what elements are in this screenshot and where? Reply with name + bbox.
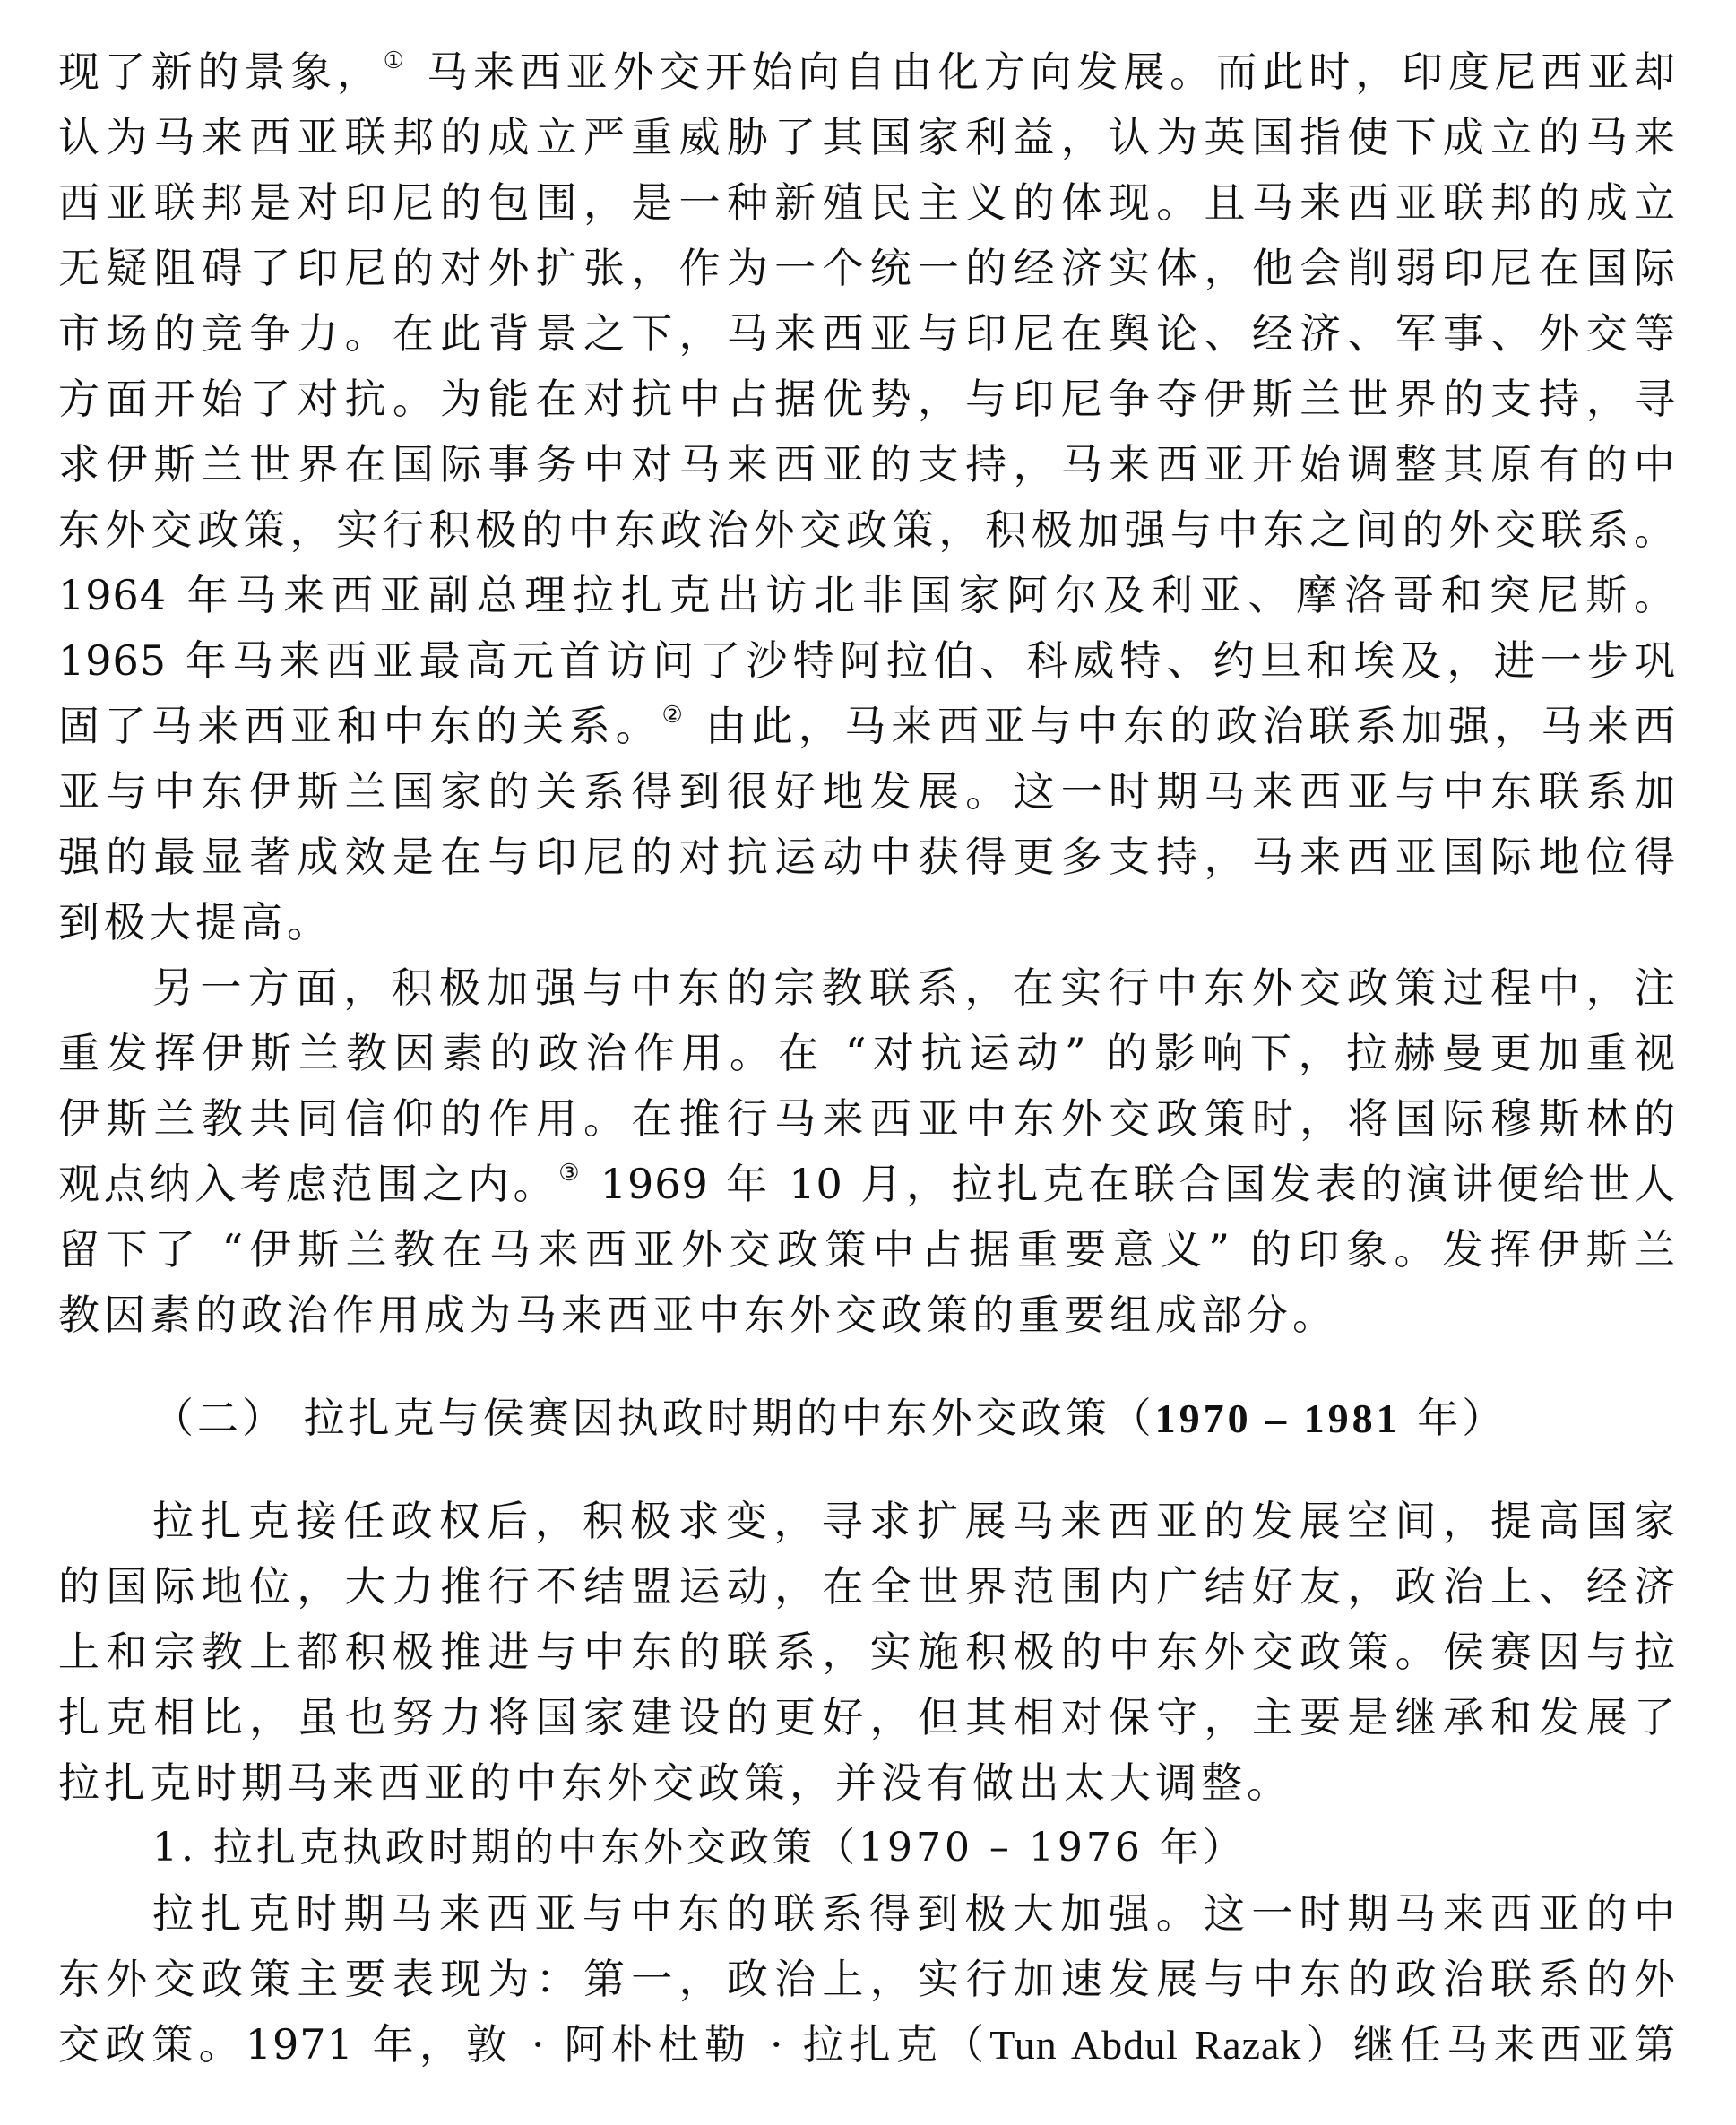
text-line: 到极大提高。 — [58, 895, 1676, 949]
text-line: 强的最显著成效是在与印尼的对抗运动中获得更多支持，马来西亚国际地位得 — [58, 830, 1676, 884]
text-line: 交政策。1971 年，敦 · 阿朴杜勒 · 拉扎克（Tun Abdul Raza… — [58, 2017, 1676, 2071]
text-line: 东外交政策主要表现为：第一，政治上，实行加速发展与中东的政治联系的外 — [58, 1952, 1676, 2006]
text-line: 认为马来西亚联邦的成立严重威胁了其国家利益，认为英国指使下成立的马来 — [58, 110, 1676, 164]
text-line: 固了马来西亚和中东的关系。② 由此，马来西亚与中东的政治联系加强，马来西 — [58, 699, 1676, 753]
text-line: 重发挥伊斯兰教因素的政治作用。在 “对抗运动” 的影响下，拉赫曼更加重视 — [58, 1026, 1676, 1080]
text-line: 东外交政策，实行积极的中东政治外交政策，积极加强与中东之间的外交联系。 — [58, 503, 1676, 557]
text-line: 1965 年马来西亚最高元首访问了沙特阿拉伯、科威特、约旦和埃及，进一步巩 — [58, 634, 1676, 687]
text-line: 拉扎克接任政权后，积极求变，寻求扩展马来西亚的发展空间，提高国家 — [152, 1494, 1676, 1548]
footnote-marker-1[interactable]: ① — [384, 48, 409, 74]
text-line: 现了新的景象，① 马来西亚外交开始向自由化方向发展。而此时，印度尼西亚却 — [58, 45, 1676, 99]
text-line: 观点纳入考虑范围之内。③ 1969 年 10 月，拉扎克在联合国发表的演讲便给世… — [58, 1157, 1676, 1211]
text-line: 亚与中东伊斯兰国家的关系得到很好地发展。这一时期马来西亚与中东联系加 — [58, 764, 1676, 818]
footnote-marker-2[interactable]: ② — [661, 702, 687, 729]
text-line: 另一方面，积极加强与中东的宗教联系，在实行中东外交政策过程中，注 — [152, 961, 1676, 1015]
latin-name: Tun Abdul Razak — [989, 2022, 1301, 2068]
section-heading: （二） 拉扎克与侯赛因执政时期的中东外交政策（1970 – 1981 年） — [152, 1391, 1507, 1445]
text-line: 的国际地位，大力推行不结盟运动，在全世界范围内广结好友，政治上、经济 — [58, 1559, 1676, 1613]
text-line: 无疑阻碍了印尼的对外扩张，作为一个统一的经济实体，他会削弱印尼在国际 — [58, 241, 1676, 295]
text-line: 拉扎克时期马来西亚与中东的联系得到极大加强。这一时期马来西亚的中 — [152, 1887, 1676, 1940]
footnote-marker-3[interactable]: ③ — [558, 1160, 583, 1187]
subsection-heading: 1. 拉扎克执政时期的中东外交政策（1970 – 1976 年） — [152, 1821, 1246, 1875]
text-line: 教因素的政治作用成为马来西亚中东外交政策的重要组成部分。 — [58, 1288, 1676, 1342]
text-line: 扎克相比，虽也努力将国家建设的更好，但其相对保守，主要是继承和发展了 — [58, 1690, 1676, 1744]
text-line: 方面开始了对抗。为能在对抗中占据优势，与印尼争夺伊斯兰世界的支持，寻 — [58, 372, 1676, 426]
text-line: 上和宗教上都积极推进与中东的联系，实施积极的中东外交政策。侯赛因与拉 — [58, 1625, 1676, 1679]
text-line: 拉扎克时期马来西亚的中东外交政策，并没有做出太大调整。 — [58, 1756, 1676, 1810]
section-heading-years: 1970 – 1981 — [1155, 1395, 1401, 1441]
text-line: 西亚联邦是对印尼的包围，是一种新殖民主义的体现。且马来西亚联邦的成立 — [58, 176, 1676, 229]
text-line: 市场的竞争力。在此背景之下，马来西亚与印尼在舆论、经济、军事、外交等 — [58, 307, 1676, 360]
text-line: 1964 年马来西亚副总理拉扎克出访北非国家阿尔及利亚、摩洛哥和突尼斯。 — [58, 568, 1676, 622]
text-line: 伊斯兰教共同信仰的作用。在推行马来西亚中东外交政策时，将国际穆斯林的 — [58, 1092, 1676, 1145]
text-line: 求伊斯兰世界在国际事务中对马来西亚的支持，马来西亚开始调整其原有的中 — [58, 437, 1676, 491]
text-line: 留下了 “伊斯兰教在马来西亚外交政策中占据重要意义” 的印象。发挥伊斯兰 — [58, 1222, 1676, 1276]
